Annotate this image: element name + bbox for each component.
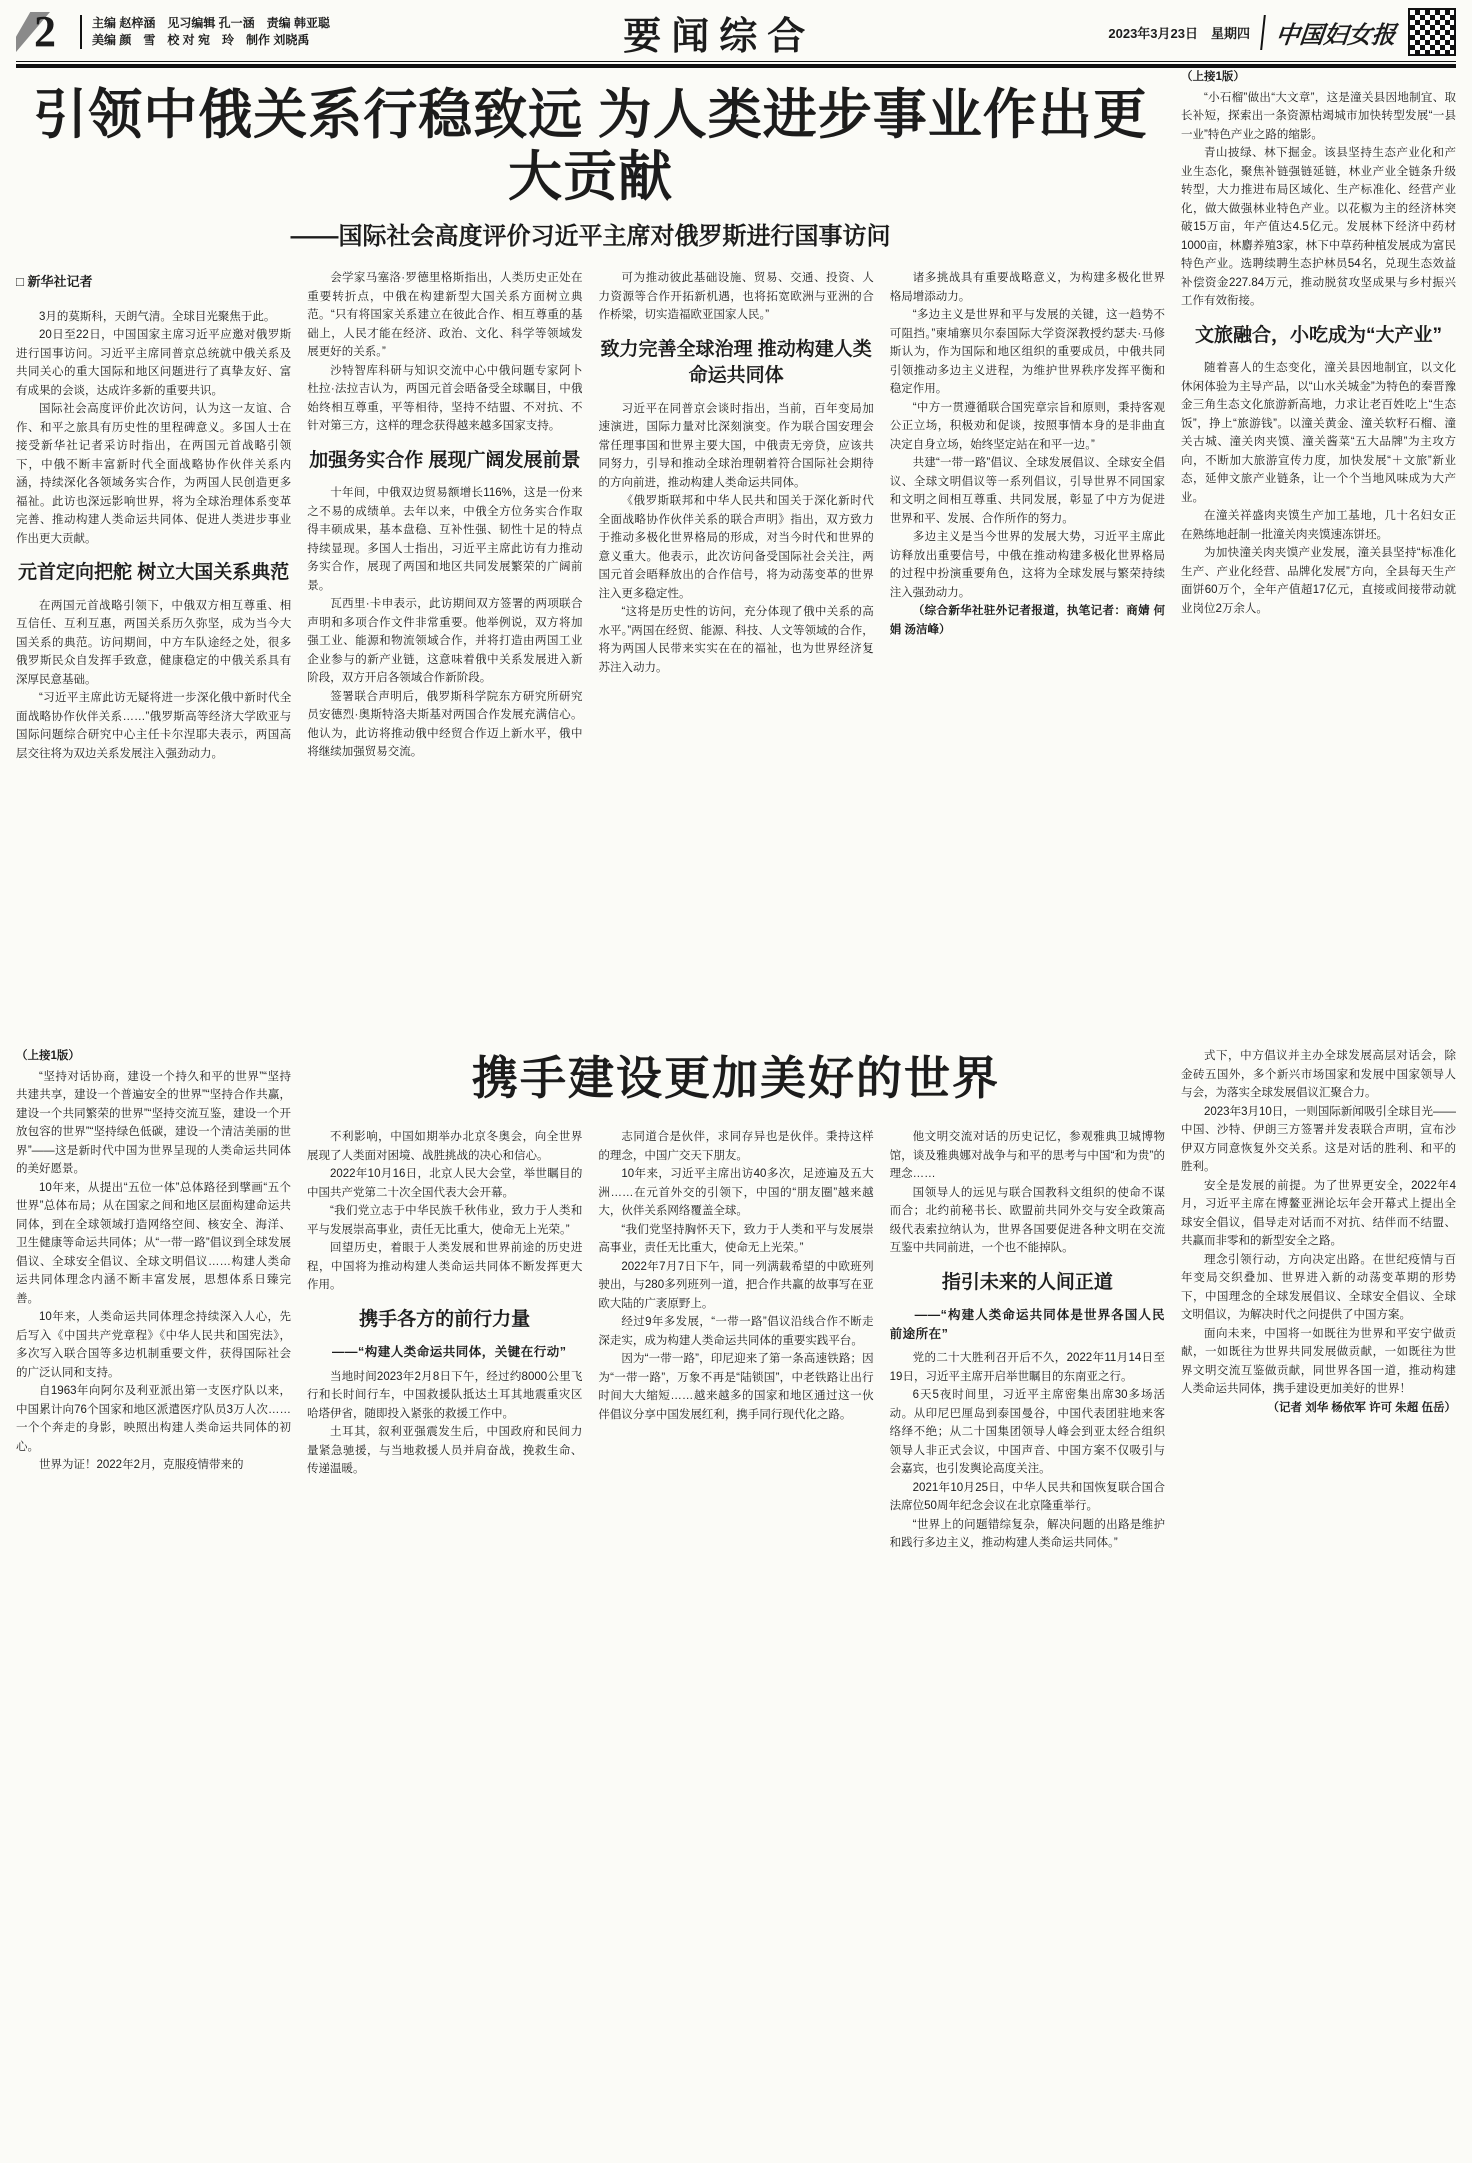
paragraph: 2023年3月10日，一则国际新闻吸引全球目光——中国、沙特、伊朗三方签署并发表… bbox=[1181, 1103, 1456, 1177]
top-story-column-2: 会学家马塞洛·罗德里格斯指出，人类历史正处在重要转折点，中俄在构建新型大国关系方… bbox=[307, 269, 582, 1021]
paragraph: 因为“一带一路”，印尼迎来了第一条高速铁路；因为“一带一路”，万象不再是“陆锁国… bbox=[598, 1350, 873, 1424]
paragraph: 式下，中方倡议并主办全球发展高层对话会，除金砖五国外，多个新兴市场国家和发展中国… bbox=[1181, 1047, 1456, 1103]
paragraph: “多边主义是世界和平与发展的关键，这一趋势不可阻挡。”柬埔寨贝尔泰国际大学资深教… bbox=[890, 306, 1165, 399]
paragraph: 当地时间2023年2月8日下午，经过约8000公里飞行和长时间行车，中国救援队抵… bbox=[307, 1368, 582, 1424]
top-story-column-4: 诸多挑战具有重要战略意义，为构建多极化世界格局增添动力。“多边主义是世界和平与发… bbox=[890, 269, 1165, 1021]
section-subhead: 指引未来的人间正道 bbox=[890, 1270, 1165, 1297]
paragraph: 青山披绿、林下掘金。该县坚持生态产业化和产业生态化，聚焦补链强链延链，林业产业全… bbox=[1181, 144, 1456, 311]
bottom-story: （上接1版）“坚持对话协商，建设一个持久和平的世界”“坚持共建共享，建设一个普遍… bbox=[16, 1047, 1456, 2127]
bottom-story-column-2: 不利影响，中国如期举办北京冬奥会，向全世界展现了人类面对困境、战胜挑战的决心和信… bbox=[307, 1128, 582, 2116]
paragraph: 国际社会高度评价此次访问，认为这一友谊、合作、和平之旅具有历史性的里程碑意义。多… bbox=[16, 400, 291, 548]
sign: （综合新华社驻外记者报道，执笔记者：商婧 何娟 汤洁峰） bbox=[890, 602, 1165, 639]
paragraph: 十年间，中俄双边贸易额增长116%，这是一份来之不易的成绩单。去年以来，中俄全方… bbox=[307, 484, 582, 595]
paragraph: “习近平主席此访无疑将进一步深化俄中新时代全面战略协作伙伴关系……”俄罗斯高等经… bbox=[16, 689, 291, 763]
bottom-story-headline: 携手建设更加美好的世界 bbox=[307, 1051, 1165, 1106]
section-subhead: 文旅融合，小吃成为“大产业” bbox=[1181, 323, 1456, 350]
staff-credits-row1: 主编 赵梓涵 见习编辑 孔一涵 责编 韩亚聪 bbox=[92, 15, 330, 32]
section-subhead: 致力完善全球治理 推动构建人类命运共同体 bbox=[599, 337, 874, 390]
paragraph: 国领导人的远见与联合国教科文组织的使命不谋而合；北约前秘书长、欧盟前共同外交与安… bbox=[890, 1184, 1165, 1258]
subhead2: ——“构建人类命运共同体，关键在行动” bbox=[307, 1343, 582, 1362]
staff-credits: 主编 赵梓涵 见习编辑 孔一涵 责编 韩亚聪 美编 颜 雪 校 对 宛 玲 制作… bbox=[80, 15, 330, 49]
paragraph: 10年来，习近平主席出访40多次，足迹遍及五大洲……在元首外交的引领下，中国的“… bbox=[598, 1165, 873, 1221]
paragraph: 安全是发展的前提。为了世界更安全，2022年4月，习近平主席在博鳌亚洲论坛年会开… bbox=[1181, 1177, 1456, 1251]
paragraph: 多边主义是当今世界的发展大势，习近平主席此访释放出重要信号，中俄在推动构建多极化… bbox=[890, 528, 1165, 602]
paragraph: 共建“一带一路”倡议、全球发展倡议、全球安全倡议、全球文明倡议等一系列倡议，引导… bbox=[890, 454, 1165, 528]
section-title: 要闻综合 bbox=[330, 5, 1108, 60]
paragraph: 随着喜人的生态变化，潼关县因地制宜，以文化休闲体验为主导产品，以“山水关城金”为… bbox=[1181, 359, 1456, 507]
paragraph: 面向未来，中国将一如既往为世界和平安宁做贡献，一如既往为世界共同发展做贡献，一如… bbox=[1181, 1325, 1456, 1399]
cont: （上接1版） bbox=[1181, 68, 1456, 87]
paragraph: 10年来，人类命运共同体理念持续深入人心，先后写入《中国共产党章程》《中华人民共… bbox=[16, 1308, 291, 1382]
top-story-column-1: □ 新华社记者3月的莫斯科，天朗气清。全球目光聚焦于此。20日至22日，中国国家… bbox=[16, 269, 291, 1021]
paragraph: “我们党坚持胸怀天下，致力于人类和平与发展崇高事业，责任无比重大，使命无上光荣。… bbox=[598, 1221, 873, 1258]
paragraph: 2022年10月16日，北京人民大会堂，举世瞩目的中国共产党第二十次全国代表大会… bbox=[307, 1165, 582, 1202]
header-right: 2023年3月23日 星期四 中国妇女报 bbox=[1108, 8, 1456, 56]
paragraph: 10年来，从提出“五位一体”总体路径到擘画“五个世界”总体布局；从在国家之间和地… bbox=[16, 1179, 291, 1309]
bottom-story-main: 携手建设更加美好的世界 不利影响，中国如期举办北京冬奥会，向全世界展现了人类面对… bbox=[307, 1047, 1165, 2127]
paragraph: 3月的莫斯科，天朗气清。全球目光聚焦于此。 bbox=[16, 308, 291, 327]
top-story-headline: 引领中俄关系行稳致远 为人类进步事业作出更大贡献 bbox=[16, 84, 1165, 208]
page-number-badge: 2 bbox=[16, 10, 74, 54]
paragraph: 20日至22日，中国国家主席习近平应邀对俄罗斯进行国事访问。习近平主席同普京总统… bbox=[16, 326, 291, 400]
publication-date: 2023年3月23日 星期四 bbox=[1108, 23, 1250, 42]
paragraph: “世界上的问题错综复杂，解决问题的出路是维护和践行多边主义，推动构建人类命运共同… bbox=[890, 1516, 1165, 1553]
paragraph: 诸多挑战具有重要战略意义，为构建多极化世界格局增添动力。 bbox=[890, 269, 1165, 306]
paragraph: 理念引领行动，方向决定出路。在世纪疫情与百年变局交织叠加、世界进入新的动荡变革期… bbox=[1181, 1251, 1456, 1325]
top-story-subtitle: ——国际社会高度评价习近平主席对俄罗斯进行国事访问 bbox=[16, 216, 1165, 251]
paragraph: “我们党立志于中华民族千秋伟业，致力于人类和平与发展崇高事业，责任无比重大，使命… bbox=[307, 1202, 582, 1239]
paragraph: 志同道合是伙伴，求同存异也是伙伴。秉持这样的理念，中国广交天下朋友。 bbox=[598, 1128, 873, 1165]
paragraph: 签署联合声明后，俄罗斯科学院东方研究所研究员安德烈·奥斯特洛夫斯基对两国合作发展… bbox=[307, 688, 582, 762]
paragraph: 2021年10月25日，中华人民共和国恢复联合国合法席位50周年纪念会议在北京隆… bbox=[890, 1479, 1165, 1516]
bottom-story-column-5: 式下，中方倡议并主办全球发展高层对话会，除金砖五国外，多个新兴市场国家和发展中国… bbox=[1181, 1047, 1456, 2127]
staff-credits-row2: 美编 颜 雪 校 对 宛 玲 制作 刘晓禹 bbox=[92, 32, 330, 49]
bottom-story-column-1: （上接1版）“坚持对话协商，建设一个持久和平的世界”“坚持共建共享，建设一个普遍… bbox=[16, 1047, 291, 2127]
paragraph: 习近平在同普京会谈时指出，当前，百年变局加速演进，国际力量对比深刻演变。作为联合… bbox=[599, 400, 874, 493]
paragraph: 自1963年向阿尔及利亚派出第一支医疗队以来，中国累计向76个国家和地区派遣医疗… bbox=[16, 1382, 291, 1456]
paragraph: 党的二十大胜利召开后不久，2022年11月14日至19日，习近平主席开启举世瞩目… bbox=[890, 1349, 1165, 1386]
top-story: 引领中俄关系行稳致远 为人类进步事业作出更大贡献 ——国际社会高度评价习近平主席… bbox=[16, 68, 1456, 1021]
paragraph: 2022年7月7日下午，同一列满载希望的中欧班列驶出，与280多列班列一道，把合… bbox=[598, 1258, 873, 1314]
paragraph: 6天5夜时间里，习近平主席密集出席30多场活动。从印尼巴厘岛到泰国曼谷，中国代表… bbox=[890, 1386, 1165, 1479]
paragraph: 瓦西里·卡申表示，此访期间双方签署的两项联合声明和多项合作文件非常重要。他举例说… bbox=[307, 595, 582, 688]
section-subhead: 加强务实合作 展现广阔发展前景 bbox=[307, 448, 582, 475]
paragraph: 经过9年多发展，“一带一路”倡议沿线合作不断走深走实，成为构建人类命运共同体的重… bbox=[598, 1313, 873, 1350]
paragraph: 可为推动彼此基础设施、贸易、交通、投资、人力资源等合作开拓新机遇，也将拓宽欧洲与… bbox=[599, 269, 874, 325]
subhead2: ——“构建人类命运共同体是世界各国人民前途所在” bbox=[890, 1306, 1165, 1343]
paragraph: 在两国元首战略引领下，中俄双方相互尊重、相互信任、互利互惠，两国关系历久弥坚，成… bbox=[16, 597, 291, 690]
top-story-main: 引领中俄关系行稳致远 为人类进步事业作出更大贡献 ——国际社会高度评价习近平主席… bbox=[16, 68, 1165, 1021]
paragraph: “小石榴”做出“大文章”，这是潼关县因地制宜、取长补短，探索出一条资源枯竭城市加… bbox=[1181, 89, 1456, 145]
paragraph: 在潼关祥盛肉夹馍生产加工基地，几十名妇女正在熟练地赶制一批潼关肉夹馍速冻饼坯。 bbox=[1181, 507, 1456, 544]
newspaper-page: 2 主编 赵梓涵 见习编辑 孔一涵 责编 韩亚聪 美编 颜 雪 校 对 宛 玲 … bbox=[0, 0, 1472, 2127]
masthead-logo: 中国妇女报 bbox=[1260, 15, 1398, 50]
paragraph: 《俄罗斯联邦和中华人民共和国关于深化新时代全面战略协作伙伴关系的联合声明》指出，… bbox=[599, 492, 874, 603]
section-subhead: 元首定向把舵 树立大国关系典范 bbox=[16, 560, 291, 587]
paragraph: “这将是历史性的访问，充分体现了俄中关系的高水平。”两国在经贸、能源、科技、人文… bbox=[599, 603, 874, 677]
paragraph: 回望历史，着眼于人类发展和世界前途的历史进程，中国将为推动构建人类命运共同体不断… bbox=[307, 1239, 582, 1295]
bottom-story-column-4: 他文明交流对话的历史记忆，参观雅典卫城博物馆，谈及雅典娜对战争与和平的思考与中国… bbox=[890, 1128, 1165, 2116]
header-rule bbox=[16, 61, 1456, 62]
paragraph: 世界为证！2022年2月，克服疫情带来的 bbox=[16, 1456, 291, 1475]
section-subhead: 携手各方的前行力量 bbox=[307, 1307, 582, 1334]
paragraph: “坚持对话协商，建设一个持久和平的世界”“坚持共建共享，建设一个普遍安全的世界”… bbox=[16, 1068, 291, 1179]
paragraph: “中方一贯遵循联合国宪章宗旨和原则，秉持客观公正立场，积极劝和促谈，按照事情本身… bbox=[890, 399, 1165, 455]
bottom-story-column-3: 志同道合是伙伴，求同存异也是伙伴。秉持这样的理念，中国广交天下朋友。10年来，习… bbox=[598, 1128, 873, 2116]
paragraph: 不利影响，中国如期举办北京冬奥会，向全世界展现了人类面对困境、战胜挑战的决心和信… bbox=[307, 1128, 582, 1165]
page-number: 2 bbox=[34, 10, 56, 54]
bottom-story-columns: 不利影响，中国如期举办北京冬奥会，向全世界展现了人类面对困境、战胜挑战的决心和信… bbox=[307, 1128, 1165, 2116]
top-story-column-3: 可为推动彼此基础设施、贸易、交通、投资、人力资源等合作开拓新机遇，也将拓宽欧洲与… bbox=[599, 269, 874, 1021]
continued-article-tongguan: （上接1版）“小石榴”做出“大文章”，这是潼关县因地制宜、取长补短，探索出一条资… bbox=[1181, 68, 1456, 1021]
cont: （上接1版） bbox=[16, 1047, 291, 1066]
sign-right: （记者 刘华 杨依军 许可 朱超 伍岳） bbox=[1181, 1399, 1456, 1418]
top-story-columns: □ 新华社记者3月的莫斯科，天朗气清。全球目光聚焦于此。20日至22日，中国国家… bbox=[16, 269, 1165, 1021]
paragraph: 他文明交流对话的历史记忆，参观雅典卫城博物馆，谈及雅典娜对战争与和平的思考与中国… bbox=[890, 1128, 1165, 1184]
paragraph: 沙特智库科研与知识交流中心中俄问题专家阿卜杜拉·法拉吉认为，两国元首会晤备受全球… bbox=[307, 362, 582, 436]
paragraph: 为加快潼关肉夹馍产业发展，潼关县坚持“标准化生产、产业化经营、品牌化发展”方向，… bbox=[1181, 544, 1456, 618]
qr-code bbox=[1408, 8, 1456, 56]
byline: □ 新华社记者 bbox=[16, 273, 291, 292]
paragraph: 会学家马塞洛·罗德里格斯指出，人类历史正处在重要转折点，中俄在构建新型大国关系方… bbox=[307, 269, 582, 362]
paragraph: 土耳其，叙利亚强震发生后，中国政府和民间力量紧急驰援，与当地救援人员并肩奋战，挽… bbox=[307, 1423, 582, 1479]
page-header: 2 主编 赵梓涵 见习编辑 孔一涵 责编 韩亚聪 美编 颜 雪 校 对 宛 玲 … bbox=[16, 6, 1456, 58]
